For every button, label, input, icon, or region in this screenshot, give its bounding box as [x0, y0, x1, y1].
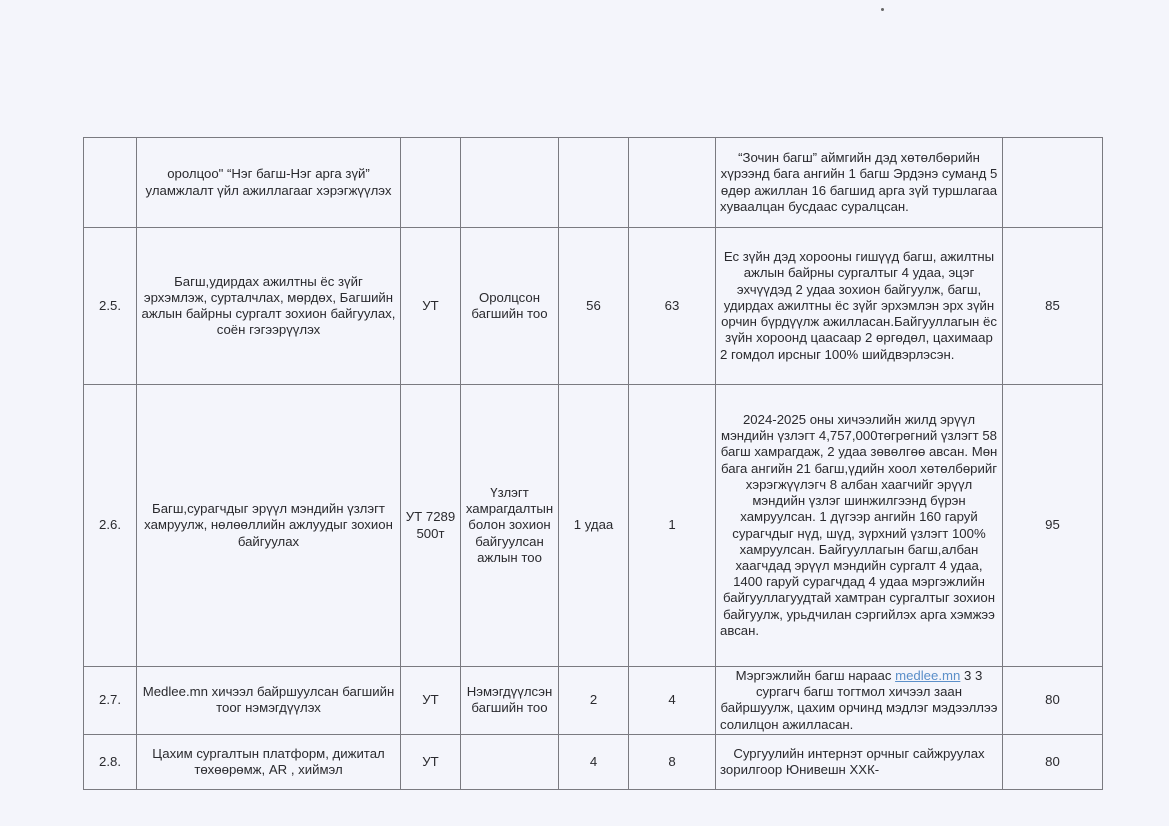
item-number: 2.7. [84, 667, 137, 735]
target-cell [629, 138, 716, 228]
baseline-cell: 2 [559, 667, 629, 735]
indicator-cell [461, 138, 559, 228]
percent-cell [1003, 138, 1103, 228]
baseline-cell: 56 [559, 228, 629, 385]
activity-cell: Багш,удирдах ажилтны ёс зүйг эрхэмлэж, с… [137, 228, 401, 385]
indicator-cell: Нэмэгдүүлсэн багшийн тоо [461, 667, 559, 735]
activity-cell: Багш,сурагчдыг эрүүл мэндийн үзлэгт хамр… [137, 385, 401, 667]
budget-cell: УТ [401, 734, 461, 789]
percent-cell: 80 [1003, 734, 1103, 789]
plan-report-table: оролцоо" “Нэг багш-Нэг арга зүй” уламжла… [83, 137, 1103, 790]
budget-cell: УТ [401, 667, 461, 735]
item-number: 2.5. [84, 228, 137, 385]
budget-cell [401, 138, 461, 228]
activity-cell: Цахим сургалтын платформ, дижитал төхөөр… [137, 734, 401, 789]
table-row: оролцоо" “Нэг багш-Нэг арга зүй” уламжла… [84, 138, 1103, 228]
report-cell: Ес зүйн дэд хорооны гишүүд багш, ажилтны… [716, 228, 1003, 385]
indicator-cell: Үзлэгт хамрагдалтын болон зохион байгуул… [461, 385, 559, 667]
target-cell: 63 [629, 228, 716, 385]
table-row: 2.7. Medlee.mn хичээл байршуулсан багший… [84, 667, 1103, 735]
indicator-cell [461, 734, 559, 789]
table-row: 2.6. Багш,сурагчдыг эрүүл мэндийн үзлэгт… [84, 385, 1103, 667]
medlee-link[interactable]: medlee.mn [895, 668, 960, 683]
percent-cell: 95 [1003, 385, 1103, 667]
report-cell: “Зочин багш” аймгийн дэд хөтөлбөрийн хүр… [716, 138, 1003, 228]
report-cell: Сургуулийн интернэт орчныг сайжруулах зо… [716, 734, 1003, 789]
percent-cell: 80 [1003, 667, 1103, 735]
budget-cell: УТ [401, 228, 461, 385]
percent-cell: 85 [1003, 228, 1103, 385]
item-number [84, 138, 137, 228]
target-cell: 1 [629, 385, 716, 667]
scan-speck [881, 8, 884, 11]
budget-cell: УТ 7289500т [401, 385, 461, 667]
report-cell: 2024-2025 оны хичээлийн жилд эрүүл мэнди… [716, 385, 1003, 667]
baseline-cell [559, 138, 629, 228]
report-text: Мэргэжлийн багш нараас [736, 668, 895, 683]
baseline-cell: 4 [559, 734, 629, 789]
target-cell: 4 [629, 667, 716, 735]
target-cell: 8 [629, 734, 716, 789]
activity-cell: Medlee.mn хичээл байршуулсан багшийн тоо… [137, 667, 401, 735]
item-number: 2.8. [84, 734, 137, 789]
report-cell: Мэргэжлийн багш нараас medlee.mn 3 3 сур… [716, 667, 1003, 735]
baseline-cell: 1 удаа [559, 385, 629, 667]
indicator-cell: Оролцсон багшийн тоо [461, 228, 559, 385]
table-row: 2.8. Цахим сургалтын платформ, дижитал т… [84, 734, 1103, 789]
activity-cell: оролцоо" “Нэг багш-Нэг арга зүй” уламжла… [137, 138, 401, 228]
item-number: 2.6. [84, 385, 137, 667]
table-row: 2.5. Багш,удирдах ажилтны ёс зүйг эрхэмл… [84, 228, 1103, 385]
